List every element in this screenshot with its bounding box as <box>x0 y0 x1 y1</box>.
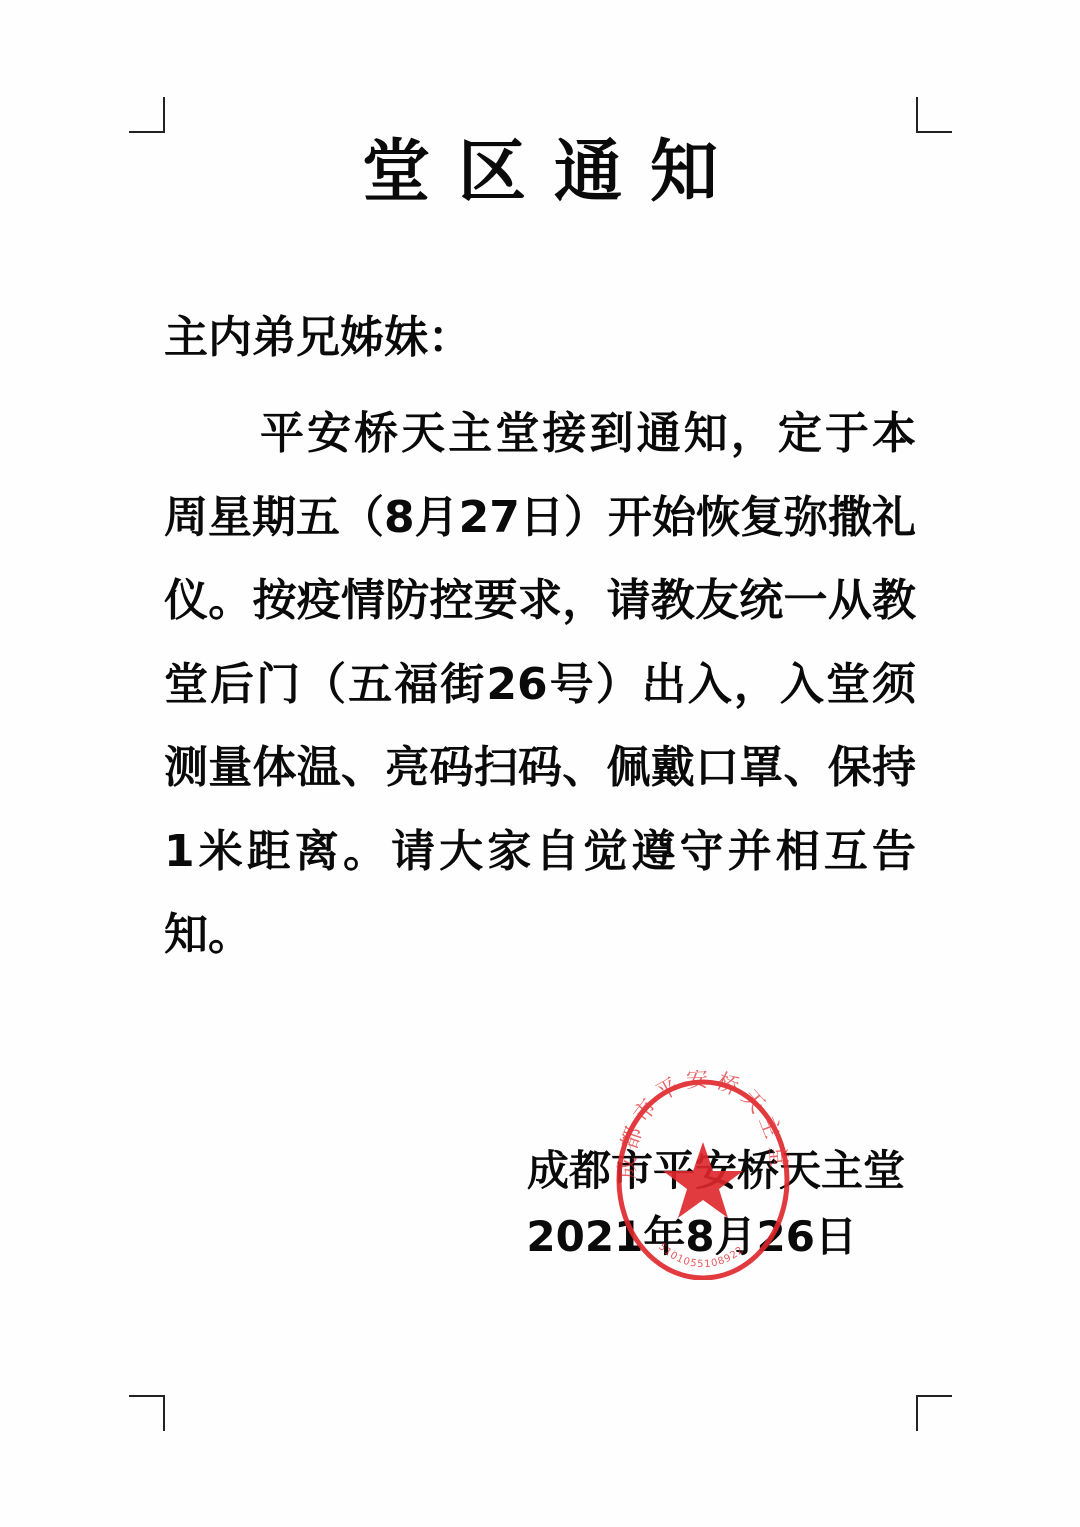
signature-organization: 成都市平安桥天主堂 <box>527 1146 905 1195</box>
notice-body: 平安桥天主堂接到通知，定于本周星期五（8月27日）开始恢复弥撒礼仪。按疫情防控要… <box>164 392 916 977</box>
salutation: 主内弟兄姊妹： <box>164 308 472 368</box>
document-title: 堂区通知 <box>0 128 1080 218</box>
crop-mark-bottom-left <box>129 1395 165 1431</box>
document-page: 堂区通知 主内弟兄姊妹： 平安桥天主堂接到通知，定于本周星期五（8月27日）开始… <box>0 0 1080 1527</box>
signature-date: 2021年8月26日 <box>526 1204 905 1270</box>
signature-block: 成都市平安桥天主堂 2021年8月26日 <box>526 1138 905 1270</box>
crop-mark-bottom-right <box>916 1395 952 1431</box>
